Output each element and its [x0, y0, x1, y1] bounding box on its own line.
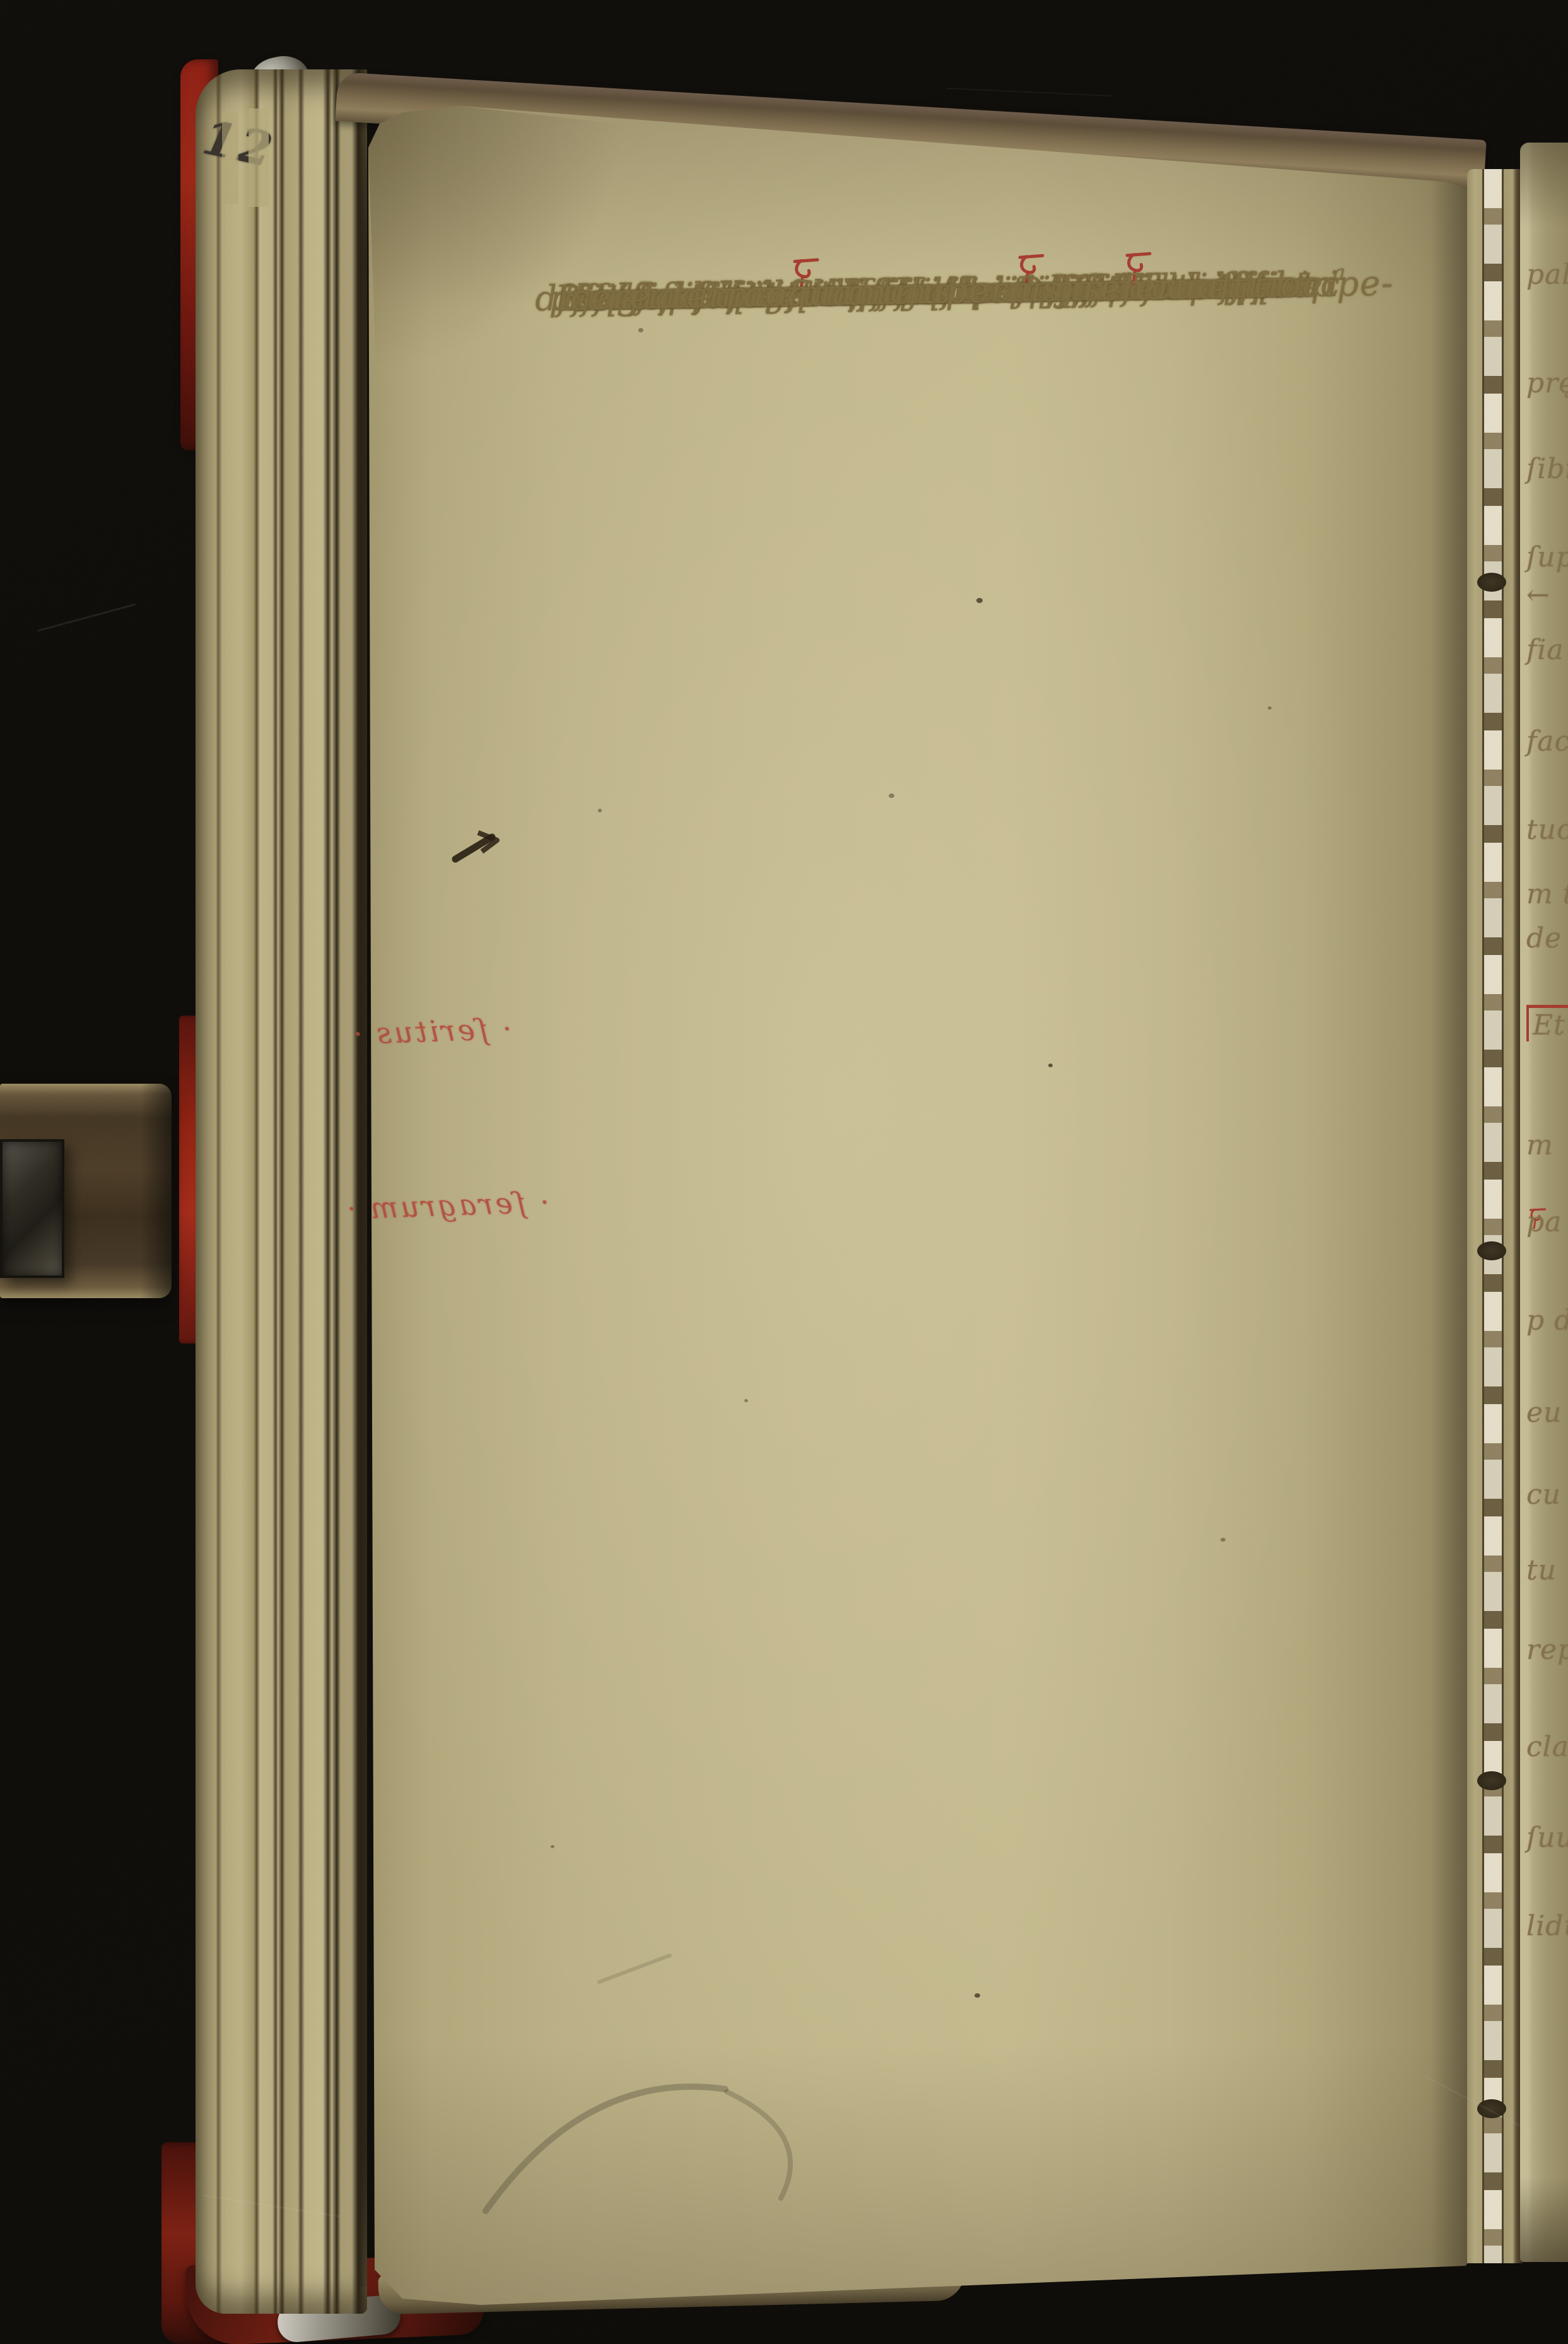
ink-speck	[638, 328, 643, 332]
facing-text-fragment: ſibi	[1526, 453, 1568, 485]
facing-text-fragment: cla	[1526, 1731, 1568, 1763]
facing-text-fragment: ſuu	[1526, 1822, 1568, 1854]
ink-speck	[976, 598, 983, 603]
facing-text-fragment: fia	[1526, 634, 1564, 666]
ink-speck	[1220, 1538, 1226, 1542]
manuscript-line: dicere terra quam ſuperius reſeruaſti	[534, 247, 1261, 347]
facing-text-fragment: pręd	[1526, 367, 1568, 399]
facing-text-fragment: eu	[1526, 1397, 1562, 1429]
manuscript-photo: 12 ut ſupra diſtilando donec fundalia ſi…	[0, 0, 1568, 2344]
leaf-edge-overlay	[222, 112, 238, 204]
leaf-edge-overlay	[249, 108, 269, 207]
red-margin-offset-note: · ſeritus ·	[350, 1012, 512, 1052]
facing-text-fragment: tu	[1526, 1554, 1557, 1586]
facing-text-fragment: m	[1526, 1129, 1553, 1161]
facing-text-fragment: lidu	[1526, 1910, 1568, 1942]
facing-text-fragment: pa	[1526, 1206, 1562, 1238]
ink-speck	[551, 1845, 554, 1848]
facing-text-fragment: fac	[1526, 725, 1568, 758]
ink-speck	[974, 1993, 980, 1998]
clasp-metal-plate	[0, 1139, 64, 1278]
red-margin-offset-note: · ſeragrum ·	[344, 1185, 550, 1226]
facing-text-fragment: ſup	[1526, 541, 1568, 573]
page-edge-stack	[196, 69, 367, 2314]
background-scratch	[38, 604, 136, 631]
ink-speck	[1268, 706, 1272, 710]
ink-speck	[1048, 1064, 1053, 1067]
facing-text-fragment: cu	[1526, 1479, 1561, 1511]
sewing-thread	[1482, 169, 1504, 2263]
sewing-cord-knot	[1477, 1241, 1506, 1260]
facing-text-fragment: rep	[1526, 1634, 1568, 1666]
ink-speck	[598, 809, 602, 812]
sewing-cord-knot	[1477, 573, 1506, 592]
facing-text-fragment: de p	[1526, 922, 1568, 954]
sewing-cord-knot	[1477, 1771, 1506, 1790]
sewing-cord-knot	[1477, 2099, 1506, 2118]
facing-text-fragment: m te	[1526, 878, 1568, 910]
facing-page-sliver: palueprędſibiſup←fiafactuorm tede pEtmpa…	[1520, 143, 1568, 2262]
ink-speck	[889, 794, 894, 798]
facing-text-fragment: palue	[1526, 259, 1568, 291]
facing-text-fragment: p d	[1526, 1304, 1568, 1337]
clasp-strap	[0, 1076, 172, 1306]
facing-text-fragment: ←	[1526, 579, 1550, 611]
facing-text-fragment: Et	[1526, 1009, 1568, 1041]
gutter-sewing	[1467, 169, 1523, 2263]
facing-text-fragment: tuor	[1526, 814, 1568, 846]
ink-speck	[744, 1399, 748, 1402]
background-scratch	[946, 88, 1111, 96]
